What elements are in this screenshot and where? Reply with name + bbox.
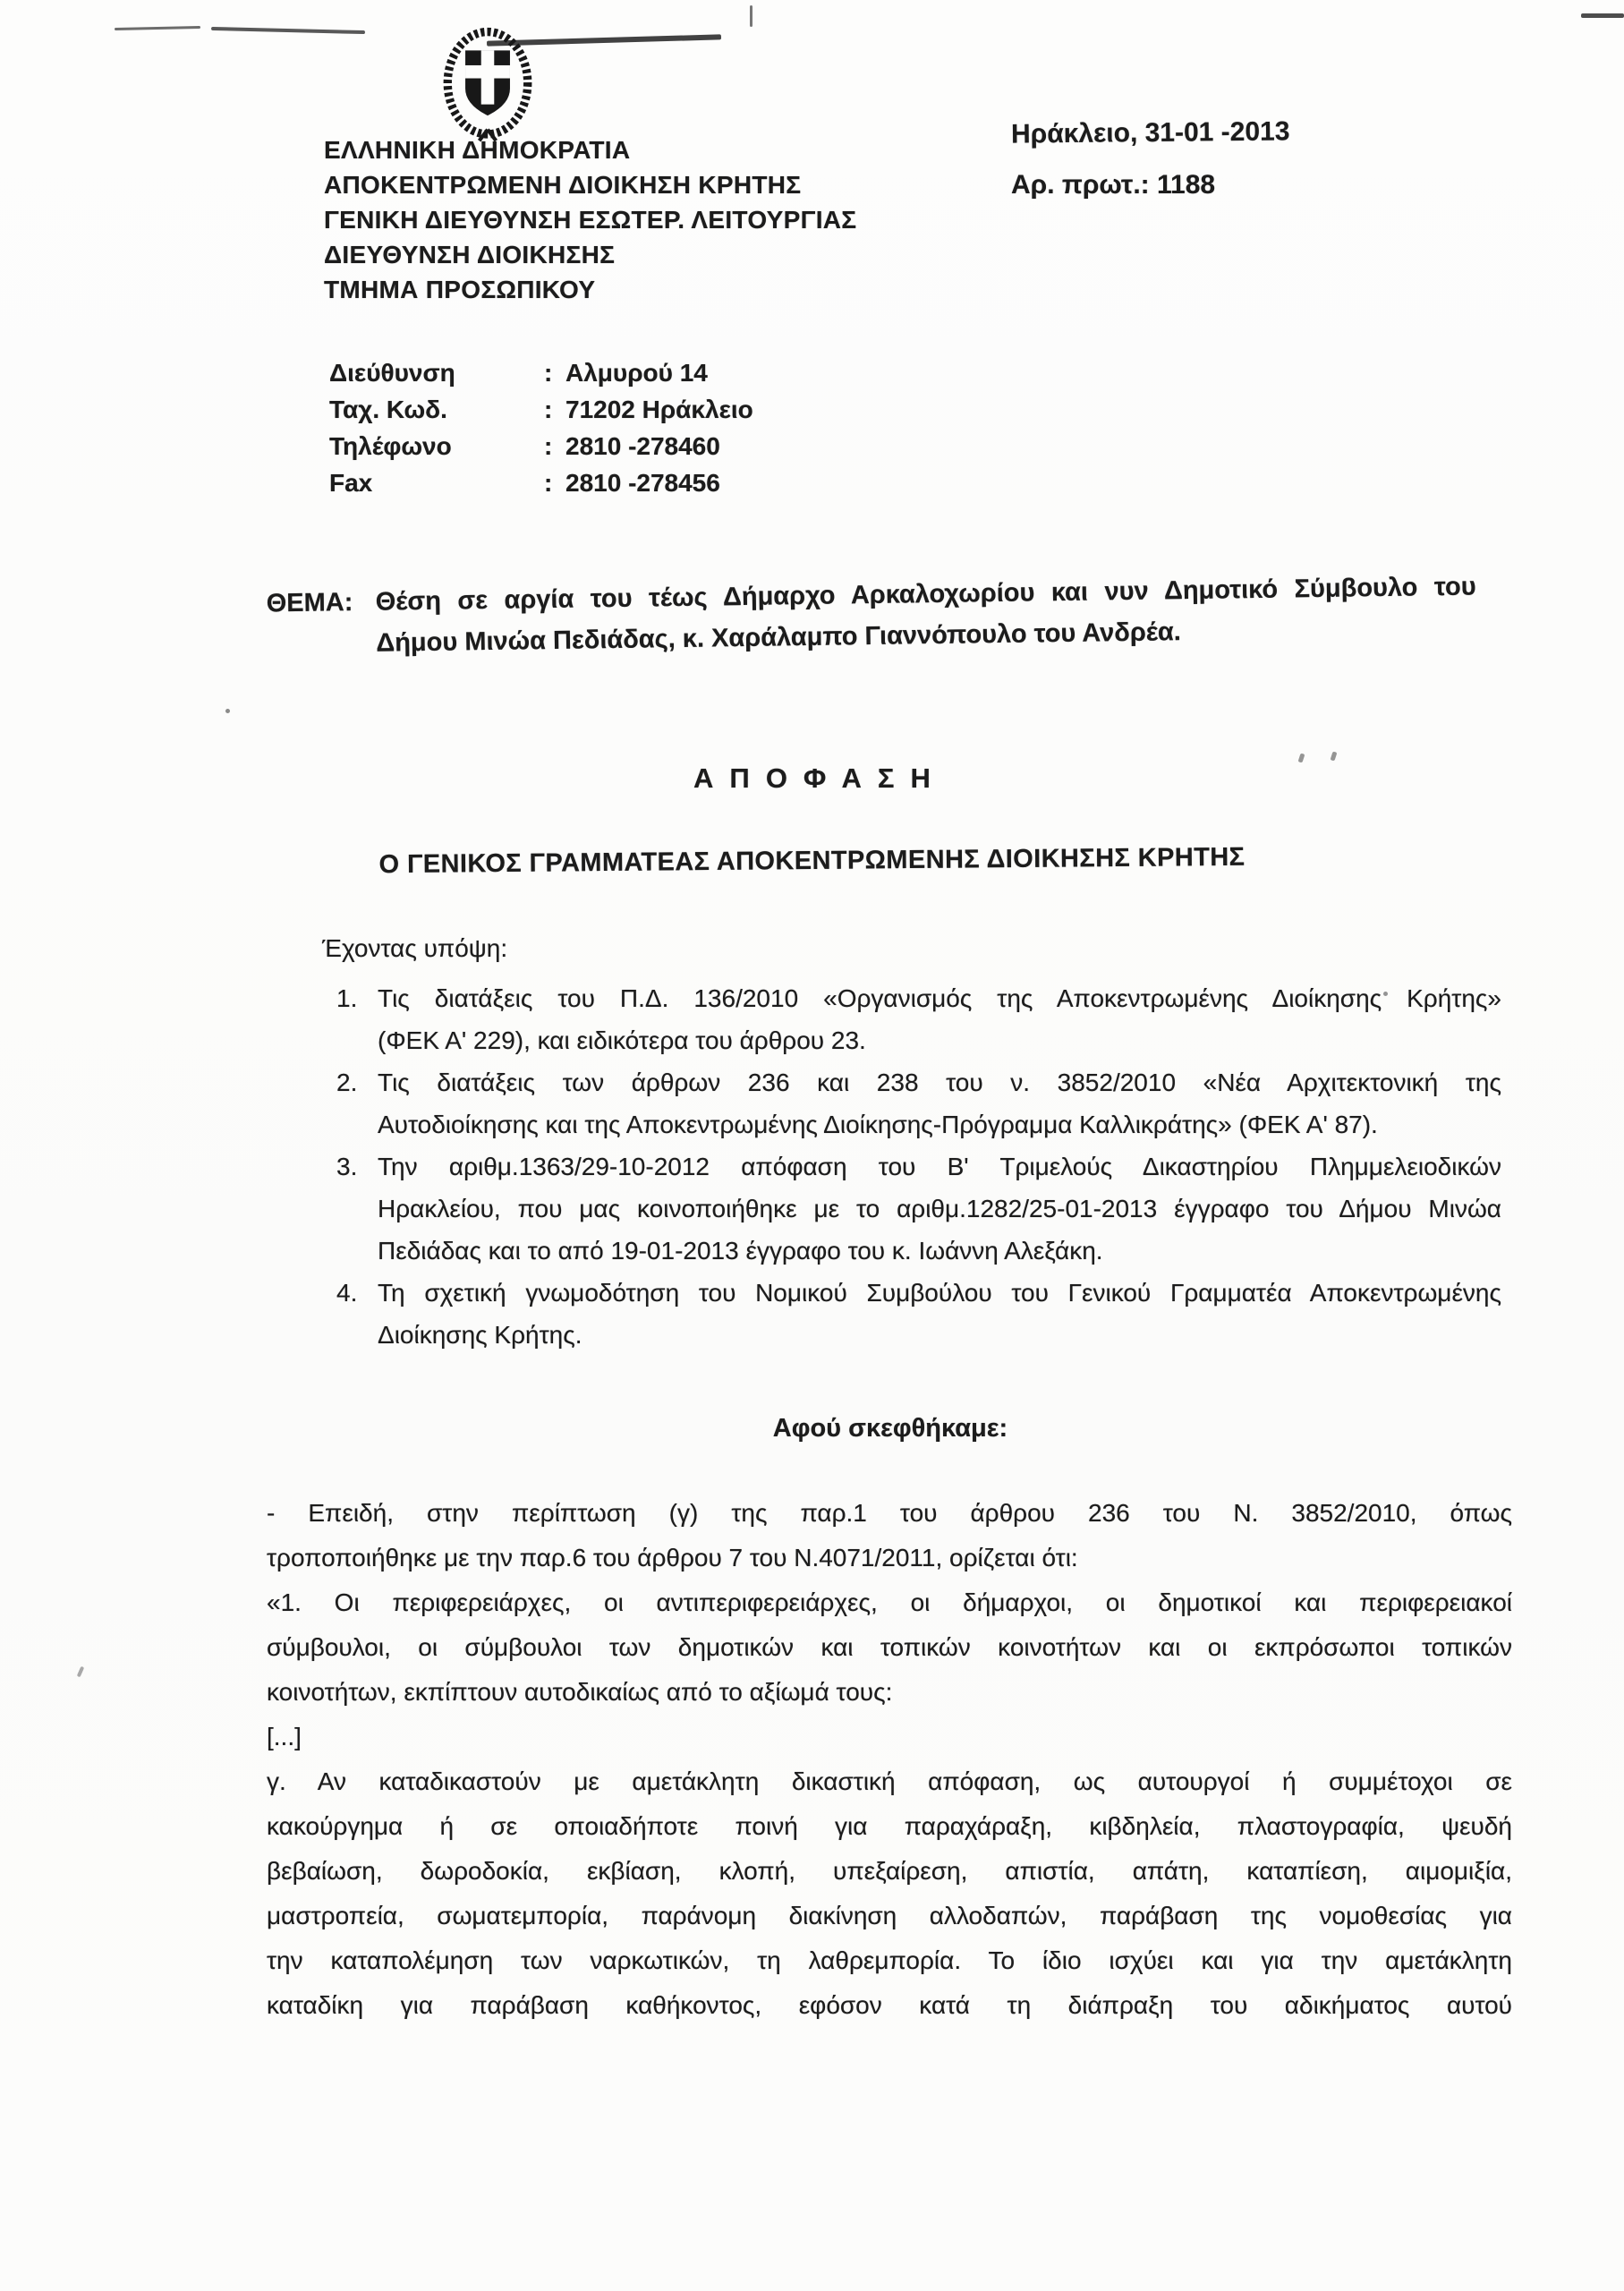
considering-heading: Έχοντας υπόψη: bbox=[322, 934, 507, 963]
text-line: γ. Αν καταδικαστούν με αμετάκλητη δικαστ… bbox=[267, 1759, 1512, 1804]
contact-row: Τηλέφωνο : 2810 -278460 bbox=[329, 428, 753, 464]
text-line: καταδίκη για παράβαση καθήκοντος, εφόσον… bbox=[267, 1983, 1512, 2028]
text-line: Τις διατάξεις των άρθρων 236 και 238 του… bbox=[378, 1061, 1501, 1103]
text-line: την καταπολέμηση των ναρκωτικών, τη λαθρ… bbox=[267, 1938, 1512, 1983]
item-number: 1. bbox=[336, 977, 378, 1061]
item-text: Τις διατάξεις των άρθρων 236 και 238 του… bbox=[378, 1061, 1501, 1145]
scan-artifact bbox=[1581, 13, 1624, 18]
contact-separator: : bbox=[544, 391, 565, 428]
text-line: ΓΕΝΙΚΗ ΔΙΕΥΘΥΝΣΗ ΕΣΩΤΕΡ. ΛΕΙΤΟΥΡΓΙΑΣ bbox=[324, 202, 856, 237]
text-line: σύμβουλοι, οι σύμβουλοι των δημοτικών κα… bbox=[267, 1625, 1512, 1670]
text-line: [...] bbox=[267, 1715, 1512, 1759]
text-line: «1. Οι περιφερειάρχες, οι αντιπεριφερειά… bbox=[267, 1580, 1512, 1625]
considering-item: 1. Τις διατάξεις του Π.Δ. 136/2010 «Οργα… bbox=[336, 977, 1501, 1061]
contact-separator: : bbox=[544, 354, 565, 391]
text-line: μαστροπεία, σωματεμπορία, παράνομη διακί… bbox=[267, 1894, 1512, 1938]
contact-row: Fax : 2810 -278456 bbox=[329, 464, 753, 501]
text-line: βεβαίωση, δωροδοκία, εκβίαση, κλοπή, υπε… bbox=[267, 1849, 1512, 1894]
scan-artifact bbox=[77, 1666, 85, 1678]
item-text: Τη σχετική γνωμοδότηση του Νομικού Συμβο… bbox=[378, 1272, 1501, 1356]
text-line: - Επειδή, στην περίπτωση (γ) της παρ.1 τ… bbox=[267, 1491, 1512, 1536]
text-line: ΤΜΗΜΑ ΠΡΟΣΩΠΙΚΟΥ bbox=[324, 272, 856, 307]
paragraph: [...] bbox=[267, 1715, 1512, 1759]
item-number: 3. bbox=[336, 1145, 378, 1272]
text-line: Τη σχετική γνωμοδότηση του Νομικού Συμβο… bbox=[378, 1272, 1501, 1314]
decision-title: ΑΠΟΦΑΣΗ bbox=[0, 762, 1624, 795]
protocol-number: Αρ. πρωτ.: 1188 bbox=[1011, 170, 1215, 200]
paragraph: - Επειδή, στην περίπτωση (γ) της παρ.1 τ… bbox=[267, 1491, 1512, 1580]
considering-item: 2. Τις διατάξεις των άρθρων 236 και 238 … bbox=[336, 1061, 1501, 1145]
considering-list: 1. Τις διατάξεις του Π.Δ. 136/2010 «Οργα… bbox=[336, 977, 1501, 1356]
text-line: ΑΠΟΚΕΝΤΡΩΜΕΝΗ ΔΙΟΙΚΗΣΗ ΚΡΗΤΗΣ bbox=[324, 167, 856, 202]
subject-block: ΘΕΜΑ: Θέση σε αργία του τέως Δήμαρχο Αρκ… bbox=[266, 566, 1476, 666]
text-line: Ηρακλείου, που μας κοινοποιήθηκε με το α… bbox=[378, 1188, 1501, 1230]
text-line: ΕΛΛΗΝΙΚΗ ΔΗΜΟΚΡΑΤΙΑ bbox=[324, 132, 856, 167]
item-number: 4. bbox=[336, 1272, 378, 1356]
text-line: Αυτοδιοίκησης και της Αποκεντρωμένης Διο… bbox=[378, 1103, 1501, 1145]
contact-value: 2810 -278460 bbox=[565, 428, 720, 464]
text-line: ΔΙΕΥΘΥΝΣΗ ΔΙΟΙΚΗΣΗΣ bbox=[324, 237, 856, 272]
subject-label: ΘΕΜΑ: bbox=[266, 582, 376, 666]
deliberation-body: - Επειδή, στην περίπτωση (γ) της παρ.1 τ… bbox=[267, 1491, 1512, 2028]
contact-label: Διεύθυνση bbox=[329, 354, 544, 391]
scan-artifact bbox=[225, 709, 230, 713]
text-line: κακούργημα ή σε οποιαδήποτε ποινή για πα… bbox=[267, 1804, 1512, 1849]
contact-value: Αλμυρού 14 bbox=[565, 354, 708, 391]
paragraph: γ. Αν καταδικαστούν με αμετάκλητη δικαστ… bbox=[267, 1759, 1512, 2028]
text-line: Πεδιάδας και το από 19-01-2013 έγγραφο τ… bbox=[378, 1230, 1501, 1272]
text-line: Την αριθμ.1363/29-10-2012 απόφαση του Β'… bbox=[378, 1145, 1501, 1188]
subject-text: Θέση σε αργία του τέως Δήμαρχο Αρκαλοχωρ… bbox=[375, 566, 1476, 664]
contact-value: 71202 Ηράκλειο bbox=[565, 391, 753, 428]
text-line: κοινοτήτων, εκπίπτουν αυτοδικαίως από το… bbox=[267, 1670, 1512, 1715]
considering-item: 4. Τη σχετική γνωμοδότηση του Νομικού Συ… bbox=[336, 1272, 1501, 1356]
contact-label: Ταχ. Κωδ. bbox=[329, 391, 544, 428]
scan-artifact bbox=[211, 27, 365, 34]
contact-row: Διεύθυνση : Αλμυρού 14 bbox=[329, 354, 753, 391]
item-text: Τις διατάξεις του Π.Δ. 136/2010 «Οργανισ… bbox=[378, 977, 1501, 1061]
text-line: (ΦΕΚ Α' 229), και ειδικότερα του άρθρου … bbox=[378, 1019, 1501, 1061]
item-number: 2. bbox=[336, 1061, 378, 1145]
considering-item: 3. Την αριθμ.1363/29-10-2012 απόφαση του… bbox=[336, 1145, 1501, 1272]
contact-value: 2810 -278456 bbox=[565, 464, 720, 501]
place-and-date: Ηράκλειο, 31-01 -2013 bbox=[1011, 116, 1290, 149]
text-line: Τις διατάξεις του Π.Δ. 136/2010 «Οργανισ… bbox=[378, 977, 1501, 1019]
contact-details-block: Διεύθυνση : Αλμυρού 14 Ταχ. Κωδ. : 71202… bbox=[329, 354, 753, 501]
contact-row: Ταχ. Κωδ. : 71202 Ηράκλειο bbox=[329, 391, 753, 428]
scan-artifact bbox=[115, 26, 200, 30]
text-line: τροποποιήθηκε με την παρ.6 του άρθρου 7 … bbox=[267, 1536, 1512, 1580]
paragraph: «1. Οι περιφερειάρχες, οι αντιπεριφερειά… bbox=[267, 1580, 1512, 1715]
contact-separator: : bbox=[544, 464, 565, 501]
scanned-document-page: ΕΛΛΗΝΙΚΗ ΔΗΜΟΚΡΑΤΙΑΑΠΟΚΕΝΤΡΩΜΕΝΗ ΔΙΟΙΚΗΣ… bbox=[0, 0, 1624, 2291]
item-text: Την αριθμ.1363/29-10-2012 απόφαση του Β'… bbox=[378, 1145, 1501, 1272]
text-line: Διοίκησης Κρήτης. bbox=[378, 1314, 1501, 1356]
decision-subtitle: Ο ΓΕΝΙΚΟΣ ΓΡΑΜΜΑΤΕΑΣ ΑΠΟΚΕΝΤΡΩΜΕΝΗΣ ΔΙΟΙ… bbox=[0, 839, 1624, 883]
deliberation-heading: Αφού σκεφθήκαμε: bbox=[268, 1414, 1512, 1444]
scan-artifact bbox=[1298, 753, 1305, 762]
issuing-authority-block: ΕΛΛΗΝΙΚΗ ΔΗΜΟΚΡΑΤΙΑΑΠΟΚΕΝΤΡΩΜΕΝΗ ΔΙΟΙΚΗΣ… bbox=[324, 132, 856, 307]
scan-artifact bbox=[1331, 751, 1338, 761]
scan-artifact bbox=[750, 5, 752, 27]
contact-label: Τηλέφωνο bbox=[329, 428, 544, 464]
contact-label: Fax bbox=[329, 464, 544, 501]
contact-separator: : bbox=[544, 428, 565, 464]
